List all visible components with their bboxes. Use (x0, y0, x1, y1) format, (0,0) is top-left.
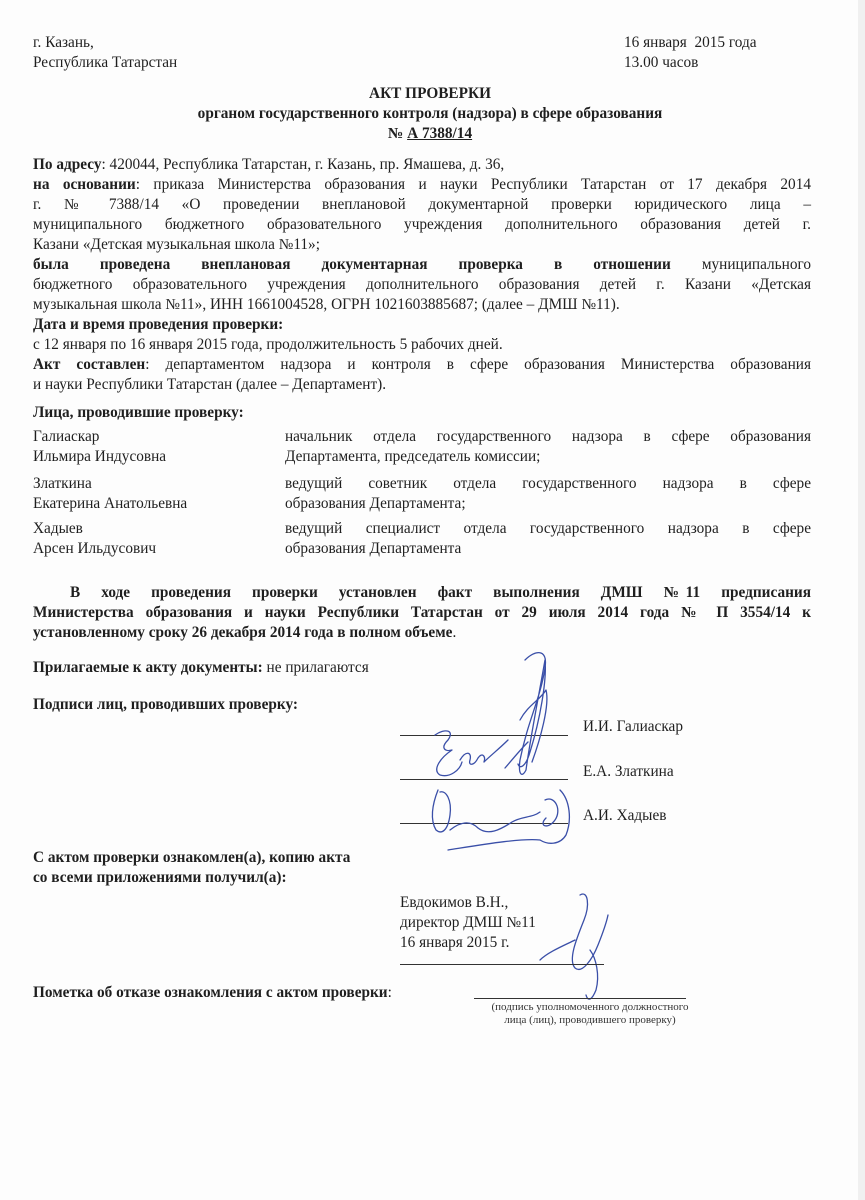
signature-evdokimov-icon (540, 894, 608, 999)
signature-galiaskar-icon (518, 653, 547, 775)
refusal-label: Пометка об отказе ознакомления с актом п… (33, 984, 388, 1001)
recipient-position: директор ДМШ №11 (400, 913, 536, 933)
refusal-line: Пометка об отказе ознакомления с актом п… (33, 983, 392, 1003)
acknowledgement-line-1: С актом проверки ознакомлен(а), копию ак… (33, 848, 350, 868)
refusal-signature-line (474, 998, 686, 999)
signature-khadyev-icon (432, 790, 569, 850)
signature-zlatkina-icon (435, 731, 528, 776)
refusal-colon: : (388, 984, 392, 1001)
recipient-date: 16 января 2015 г. (400, 933, 509, 953)
handwritten-signatures (0, 0, 865, 1200)
page-edge (858, 0, 865, 1200)
recipient-name: Евдокимов В.Н., (400, 893, 508, 913)
acknowledgement-line-2: со всеми приложениями получил(а): (33, 868, 287, 888)
refusal-caption-1: (подпись уполномоченного должностного (470, 1001, 710, 1014)
refusal-caption-2: лица (лиц), проводившего проверку) (470, 1014, 710, 1027)
recipient-signature-line (400, 964, 604, 965)
document-page: г. Казань, Республика Татарстан 16 январ… (0, 0, 858, 1200)
